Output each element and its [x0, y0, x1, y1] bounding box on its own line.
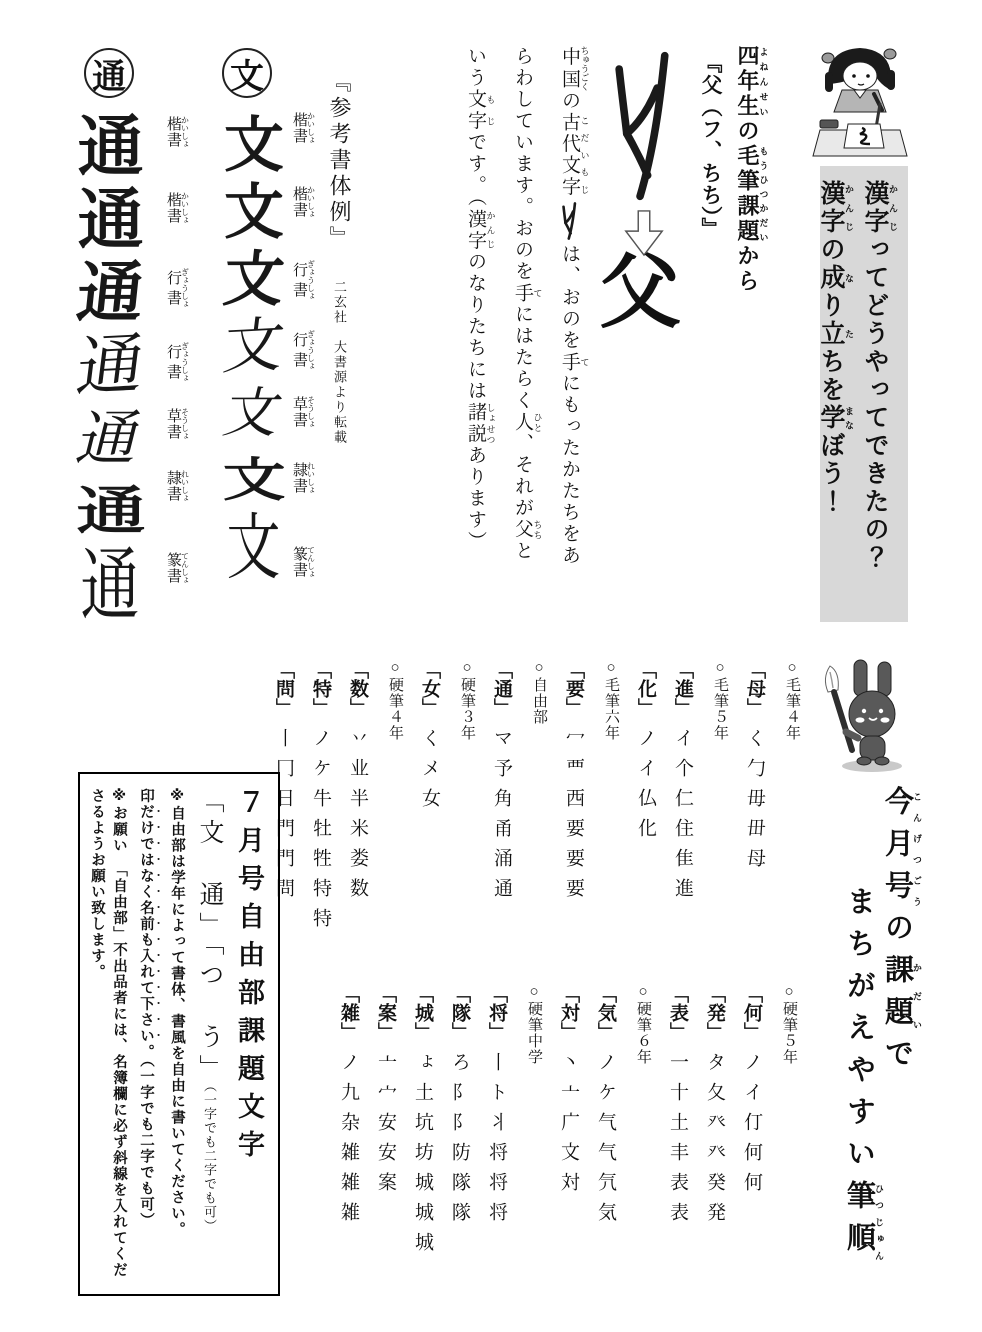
- reference-credit: 二玄社 大書源より転載: [332, 280, 347, 445]
- modern-father-character: 父: [592, 252, 688, 334]
- stroke-order-target-char: 「対」: [558, 984, 579, 1041]
- stroke-group-header: ○硬筆６年: [629, 984, 656, 1332]
- stroke-order-step: 氕: [595, 1172, 616, 1191]
- stroke-order-step: 气: [595, 1112, 616, 1131]
- stroke-order-step: マ: [491, 728, 512, 747]
- stroke-order-step: 十: [667, 1082, 688, 1101]
- stroke-order-step: 广: [558, 1112, 579, 1131]
- stroke-order-step: 冖: [563, 728, 584, 747]
- bun-gyosho-1: 文: [203, 247, 295, 307]
- stroke-order-target-char: 「将」: [486, 984, 507, 1041]
- bun-tensho: 文: [210, 509, 287, 581]
- stroke-order-step: 要: [563, 818, 584, 837]
- stroke-order-column: 「数」丷业半米娄数: [342, 660, 373, 998]
- inline-oracle-glyph: [558, 202, 580, 240]
- stroke-group-header: ○硬筆５年: [775, 984, 802, 1332]
- stroke-order-target-char: 「女」: [419, 660, 440, 717]
- stroke-order-step: 特: [310, 908, 331, 927]
- stroke-order-target-char: 「特」: [310, 660, 331, 717]
- stroke-order-step: 毌: [744, 818, 765, 837]
- stroke-order-step: 九: [338, 1082, 359, 1101]
- stroke-order-step: 覀: [563, 758, 584, 777]
- page-title-line-2: 漢字かんじの成なり立たちを学まなぼう！: [810, 180, 854, 608]
- rabbit-brush-illustration: [820, 658, 920, 776]
- stroke-order-step: 表: [667, 1172, 688, 1191]
- stroke-order-column: 「女」くメ女: [414, 660, 445, 998]
- stroke-order-step: 仏: [635, 788, 656, 807]
- notice-note-3: ※お願い 「自由部」不出品者には、名簿欄に必ず斜線を入れてくださるようお願い致し…: [86, 788, 130, 1280]
- stroke-order-step: 丷: [347, 728, 368, 747]
- stroke-order-step: ト: [486, 1082, 507, 1101]
- stroke-order-step: 女: [419, 788, 440, 807]
- script-label: 行書ぎょうしょ: [162, 268, 189, 308]
- stroke-order-step: 何: [741, 1142, 762, 1161]
- stroke-order-step: 癸: [704, 1172, 725, 1191]
- stroke-order-step: 要: [563, 848, 584, 867]
- bun-reisho: 文: [204, 455, 294, 502]
- stroke-order-step: 半: [347, 788, 368, 807]
- stroke-order-column: 「母」く勹毋毌母: [739, 660, 770, 998]
- stroke-order-step: 発: [704, 1202, 725, 1221]
- stroke-order-step: 対: [558, 1172, 579, 1191]
- bun-sosho: 文: [203, 384, 296, 438]
- stroke-order-column: 「雑」ノ九杂雑雑雑: [333, 984, 364, 1332]
- stroke-order-step: 癶: [704, 1112, 725, 1131]
- stroke-order-step: 何: [741, 1172, 762, 1191]
- stroke-order-target-char: 「進」: [672, 660, 693, 717]
- stroke-group-header: ○硬筆４年: [381, 660, 408, 998]
- stroke-order-column: 「将」丨ト丬将将将: [481, 984, 512, 1332]
- stroke-order-target-char: 「城」: [412, 984, 433, 1041]
- stroke-order-step: 气: [595, 1142, 616, 1161]
- stroke-order-step: 毋: [744, 788, 765, 807]
- bun-kaisho-1: 文: [206, 113, 292, 173]
- stroke-order-step: 将: [486, 1172, 507, 1191]
- oracle-bone-father-glyph: [596, 50, 686, 202]
- notice-note-2-emphasis: だけではなく名前も入れて下さい: [138, 804, 154, 1044]
- stroke-order-step: 丰: [667, 1142, 688, 1161]
- stroke-order-step: 安: [375, 1112, 396, 1131]
- stroke-order-column: 「要」冖覀西要要要: [558, 660, 589, 998]
- newsletter-page: 漢字かんじってどうやってできたの？ 漢字かんじの成なり立たちを学まなぼう！ 四年…: [0, 0, 982, 1332]
- page-title-box: 漢字かんじってどうやってできたの？ 漢字かんじの成なり立たちを学まなぼう！: [820, 166, 908, 622]
- stroke-order-target-char: 「化」: [635, 660, 656, 717]
- stroke-order-column: 「表」一十土丰表表: [662, 984, 693, 1332]
- stroke-order-step: 表: [667, 1202, 688, 1221]
- stroke-group-header: ○毛筆六年: [597, 660, 624, 998]
- script-label: 行書ぎょうしょ: [288, 330, 315, 370]
- notice-note-1: ※自由部は学年によって書体、書風を自由に書いてください。: [166, 788, 188, 1280]
- stroke-order-column: 「気」ノケ气气氕気: [590, 984, 621, 1332]
- stroke-order-step: ケ: [595, 1082, 616, 1101]
- stroke-order-step: 城: [412, 1172, 433, 1191]
- lesson-heading: 四年生よねんせいの毛筆課題もうひつかだいから: [732, 44, 769, 324]
- stroke-group-header: ○自由部: [525, 660, 552, 998]
- stroke-order-step: 特: [310, 878, 331, 897]
- stroke-order-step: 米: [347, 818, 368, 837]
- paragraph-intro: 中国ちゅうごくの古代文字こだいもじ: [559, 46, 580, 198]
- reference-block: 『参考書体例』二玄社 大書源より転載: [322, 70, 356, 520]
- stroke-order-step: ノ: [741, 1052, 762, 1071]
- reference-title: 『参考書体例』: [327, 70, 352, 252]
- stroke-order-step: 母: [744, 848, 765, 867]
- stroke-order-step: 甬: [491, 818, 512, 837]
- stroke-order-step: ノ: [310, 728, 331, 747]
- stroke-order-step: 牛: [310, 788, 331, 807]
- stroke-order-step: 坑: [412, 1112, 433, 1131]
- stroke-order-step: 丶: [558, 1052, 579, 1071]
- stroke-order-step: 一: [667, 1052, 688, 1071]
- stroke-order-target-char: 「雑」: [338, 984, 359, 1041]
- stroke-order-target-char: 「表」: [667, 984, 688, 1041]
- script-label: 篆書てんしょ: [162, 552, 189, 584]
- stroke-order-step: ノ: [595, 1052, 616, 1071]
- stroke-order-column: 「何」ノイ仃何何: [736, 984, 767, 1332]
- stroke-order-step: 亠: [558, 1082, 579, 1101]
- script-label: 行書ぎょうしょ: [288, 260, 315, 300]
- stroke-order-target-char: 「発」: [704, 984, 725, 1041]
- circled-char-tsu: 通: [84, 48, 134, 98]
- stroke-order-target-char: 「問」: [273, 660, 294, 717]
- stroke-order-step: 土: [667, 1112, 688, 1131]
- tsu-tensho: 通: [61, 542, 147, 621]
- stroke-order-step: 将: [486, 1202, 507, 1221]
- stroke-order-step: ケ: [310, 758, 331, 777]
- stroke-order-column: 「化」ノイ仏化: [630, 660, 661, 998]
- stroke-order-step: 予: [491, 758, 512, 777]
- notice-subject: 「文 通」「つ う」（一字でも二字でも可）: [192, 788, 226, 1280]
- script-label: 隷書れいしょ: [162, 470, 189, 502]
- notice-note-2-head: 印: [138, 788, 154, 804]
- stroke-order-step: 业: [347, 758, 368, 777]
- stroke-order-title-2: まちがえやすい筆順ひつじゅん: [840, 886, 884, 1326]
- script-label: 楷書かいしょ: [288, 186, 315, 218]
- stroke-order-step: ょ: [412, 1052, 433, 1071]
- stroke-order-step: 仃: [741, 1112, 762, 1131]
- stroke-order-step: 阝: [449, 1082, 470, 1101]
- notice-box: ７月号自由部課題文字 「文 通」「つ う」（一字でも二字でも可） ※自由部は学年…: [78, 772, 280, 1296]
- stroke-order-step: 丨: [486, 1052, 507, 1071]
- stroke-order-step: イ: [635, 758, 656, 777]
- stroke-order-step: 隊: [449, 1172, 470, 1191]
- tsu-script-column: 通通通通通通通: [56, 104, 151, 649]
- explanation-paragraph: 中国ちゅうごくの古代文字こだいもじは、おのを手てにもったかたちをあらわしています…: [452, 46, 593, 581]
- bun-kaisho-2: 文: [206, 180, 292, 240]
- stroke-order-target-char: 「気」: [595, 984, 616, 1041]
- stroke-order-target-char: 「母」: [744, 660, 765, 717]
- circled-char-bun: 文: [222, 48, 272, 98]
- notice-subject-note: （一字でも二字でも可）: [202, 1086, 217, 1234]
- girl-calligraphy-illustration: [812, 42, 908, 162]
- stroke-order-column: 「隊」ろ阝阝防隊隊: [444, 984, 475, 1332]
- stroke-order-step: 安: [375, 1142, 396, 1161]
- stroke-order-step: 雑: [338, 1142, 359, 1161]
- stroke-order-title-1: 今月号こんげつごうの課題かだいで: [878, 786, 922, 1116]
- stroke-order-step: 西: [563, 788, 584, 807]
- stroke-order-step: イ: [741, 1082, 762, 1101]
- notice-note-2: 印だけではなく名前も入れて下さい。（一字でも二字でも可）: [135, 788, 161, 1280]
- page-title-line-1: 漢字かんじってどうやってできたの？: [854, 180, 898, 608]
- script-label: 草書そうしょ: [288, 396, 315, 428]
- script-label: 楷書かいしょ: [288, 112, 315, 144]
- stroke-order-step: タ: [704, 1052, 725, 1071]
- stroke-order-step: 坊: [412, 1142, 433, 1161]
- stroke-order-column: 「案」亠宀安安案: [370, 984, 401, 1332]
- stroke-order-step: 牡: [310, 818, 331, 837]
- stroke-order-step: 案: [375, 1172, 396, 1191]
- stroke-order-step: 隊: [449, 1202, 470, 1221]
- notice-subject-chars: 「文 通」「つ う」: [196, 788, 223, 1086]
- stroke-order-step: 涌: [491, 848, 512, 867]
- stroke-group-header: ○硬筆中学: [520, 984, 547, 1332]
- stroke-order-target-char: 「隊」: [449, 984, 470, 1041]
- stroke-order-step: 進: [672, 878, 693, 897]
- stroke-order-step: く: [419, 728, 440, 747]
- script-label: 楷書かいしょ: [162, 116, 189, 148]
- stroke-order-step: 雑: [338, 1172, 359, 1191]
- stroke-order-step: 城: [412, 1202, 433, 1221]
- stroke-order-column: 「進」イ个仁住隹進: [667, 660, 698, 998]
- stroke-order-step: ノ: [338, 1052, 359, 1071]
- stroke-order-step: 雑: [338, 1202, 359, 1221]
- notice-title: ７月号自由部課題文字: [232, 788, 266, 1280]
- script-label: 隷書れいしょ: [288, 462, 315, 494]
- stroke-order-column: 「特」ノケ牛牡牲特特: [305, 660, 336, 998]
- stroke-order-step: 防: [449, 1142, 470, 1161]
- stroke-order-step: 数: [347, 878, 368, 897]
- stroke-order-step: 要: [563, 878, 584, 897]
- stroke-order-step: 文: [558, 1142, 579, 1161]
- stroke-order-target-char: 「案」: [375, 984, 396, 1041]
- stroke-order-step: 勹: [744, 758, 765, 777]
- stroke-group-header: ○硬筆３年: [453, 660, 480, 998]
- script-label: 楷書かいしょ: [162, 192, 189, 224]
- script-label: 篆書てんしょ: [288, 546, 315, 578]
- stroke-order-group-brush: ○毛筆４年「母」く勹毋毌母○毛筆５年「進」イ个仁住隹進「化」ノイ仏化○毛筆六年「…: [262, 660, 805, 998]
- bun-gyosho-2: 文: [202, 312, 296, 376]
- stroke-order-target-char: 「数」: [347, 660, 368, 717]
- tsu-gyosho-2: 通: [52, 328, 156, 399]
- stroke-order-column: 「発」タ夂癶癶癸発: [699, 984, 730, 1332]
- stroke-order-step: 将: [486, 1142, 507, 1161]
- stroke-group-header: ○毛筆５年: [706, 660, 733, 998]
- stroke-order-step: メ: [419, 758, 440, 777]
- stroke-order-step: 杂: [338, 1112, 359, 1131]
- tsu-kaisho-1: 通: [56, 111, 151, 177]
- bun-script-column: 文文文文文文文: [206, 106, 292, 626]
- stroke-order-step: 丨: [273, 728, 294, 747]
- stroke-order-step: 城: [412, 1232, 433, 1251]
- stroke-order-target-char: 「要」: [563, 660, 584, 717]
- stroke-order-step: 仁: [672, 788, 693, 807]
- stroke-order-step: ろ: [449, 1052, 470, 1071]
- stroke-order-step: 隹: [672, 848, 693, 867]
- stroke-order-column: 「対」丶亠广文対: [553, 984, 584, 1332]
- stroke-order-step: 化: [635, 818, 656, 837]
- stroke-order-step: 娄: [347, 848, 368, 867]
- stroke-order-column: 「城」ょ土坑坊城城城: [407, 984, 438, 1332]
- stroke-group-header: ○毛筆４年: [778, 660, 805, 998]
- stroke-order-step: 亠: [375, 1052, 396, 1071]
- tsu-kaisho-2: 通: [56, 184, 151, 250]
- stroke-order-step: 気: [595, 1202, 616, 1221]
- lesson-subject: 『父（フ、ちち）』: [695, 52, 725, 272]
- stroke-order-step: 癶: [704, 1142, 725, 1161]
- stroke-order-step: 通: [491, 878, 512, 897]
- stroke-order-step: 阝: [449, 1112, 470, 1131]
- stroke-order-step: 角: [491, 788, 512, 807]
- stroke-order-step: 宀: [375, 1082, 396, 1101]
- script-label: 草書そうしょ: [162, 408, 189, 440]
- stroke-order-step: 牲: [310, 848, 331, 867]
- stroke-order-step: 丬: [486, 1112, 507, 1131]
- stroke-order-step: 土: [412, 1082, 433, 1101]
- stroke-order-step: 个: [672, 758, 693, 777]
- stroke-order-target-char: 「何」: [741, 984, 762, 1041]
- tsu-reisho: 通: [54, 483, 154, 534]
- stroke-order-column: 「通」マ予角甬涌通: [486, 660, 517, 998]
- stroke-order-step: 夂: [704, 1082, 725, 1101]
- stroke-order-step: イ: [672, 728, 693, 747]
- stroke-order-step: ノ: [635, 728, 656, 747]
- stroke-order-target-char: 「通」: [491, 660, 512, 717]
- tsu-sosho: 通: [52, 406, 154, 465]
- script-label: 行書ぎょうしょ: [162, 342, 189, 382]
- stroke-order-step: く: [744, 728, 765, 747]
- stroke-order-group-pen: ○硬筆５年「何」ノイ仃何何「発」タ夂癶癶癸発「表」一十土丰表表○硬筆６年「気」ノ…: [327, 984, 802, 1332]
- notice-note-2-tail: 。（一字でも二字でも可）: [138, 1044, 154, 1229]
- stroke-order-step: 住: [672, 818, 693, 837]
- tsu-gyosho-1: 通: [53, 257, 155, 323]
